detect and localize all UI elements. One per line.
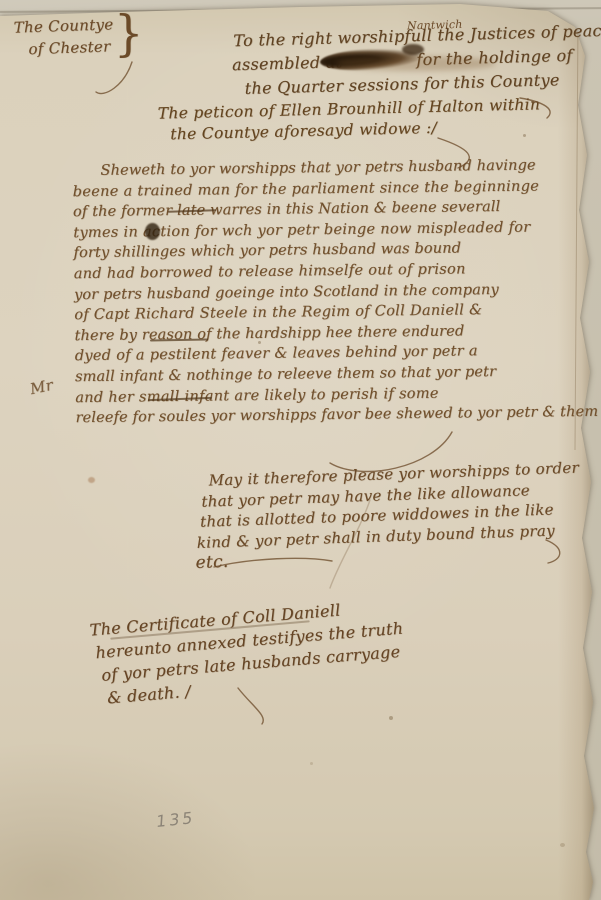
paper-stain: [560, 843, 565, 847]
paper-stain: [389, 716, 393, 720]
county-label: The Countye of Chester: [13, 13, 114, 60]
prayer-clause: May it therefore please yor worshipps to…: [208, 458, 582, 573]
manuscript-photo: The Countye of Chester } To the right wo…: [0, 0, 601, 900]
county-brace: }: [114, 5, 143, 62]
paper-stain: [88, 477, 95, 483]
paper-stain: [258, 341, 261, 344]
ink-smear: [336, 56, 496, 71]
paper-stain: [310, 762, 313, 765]
interlinear-insertion: Nantwich: [407, 18, 463, 33]
ink-blot-small: [145, 223, 160, 240]
petition-body: Sheweth to yor worshipps that yor petrs …: [72, 155, 598, 429]
paper-stain: [523, 134, 526, 137]
torn-right-edge: [558, 0, 601, 900]
county-label-line2: of Chester: [28, 35, 115, 60]
ink-blot-small: [402, 44, 424, 55]
